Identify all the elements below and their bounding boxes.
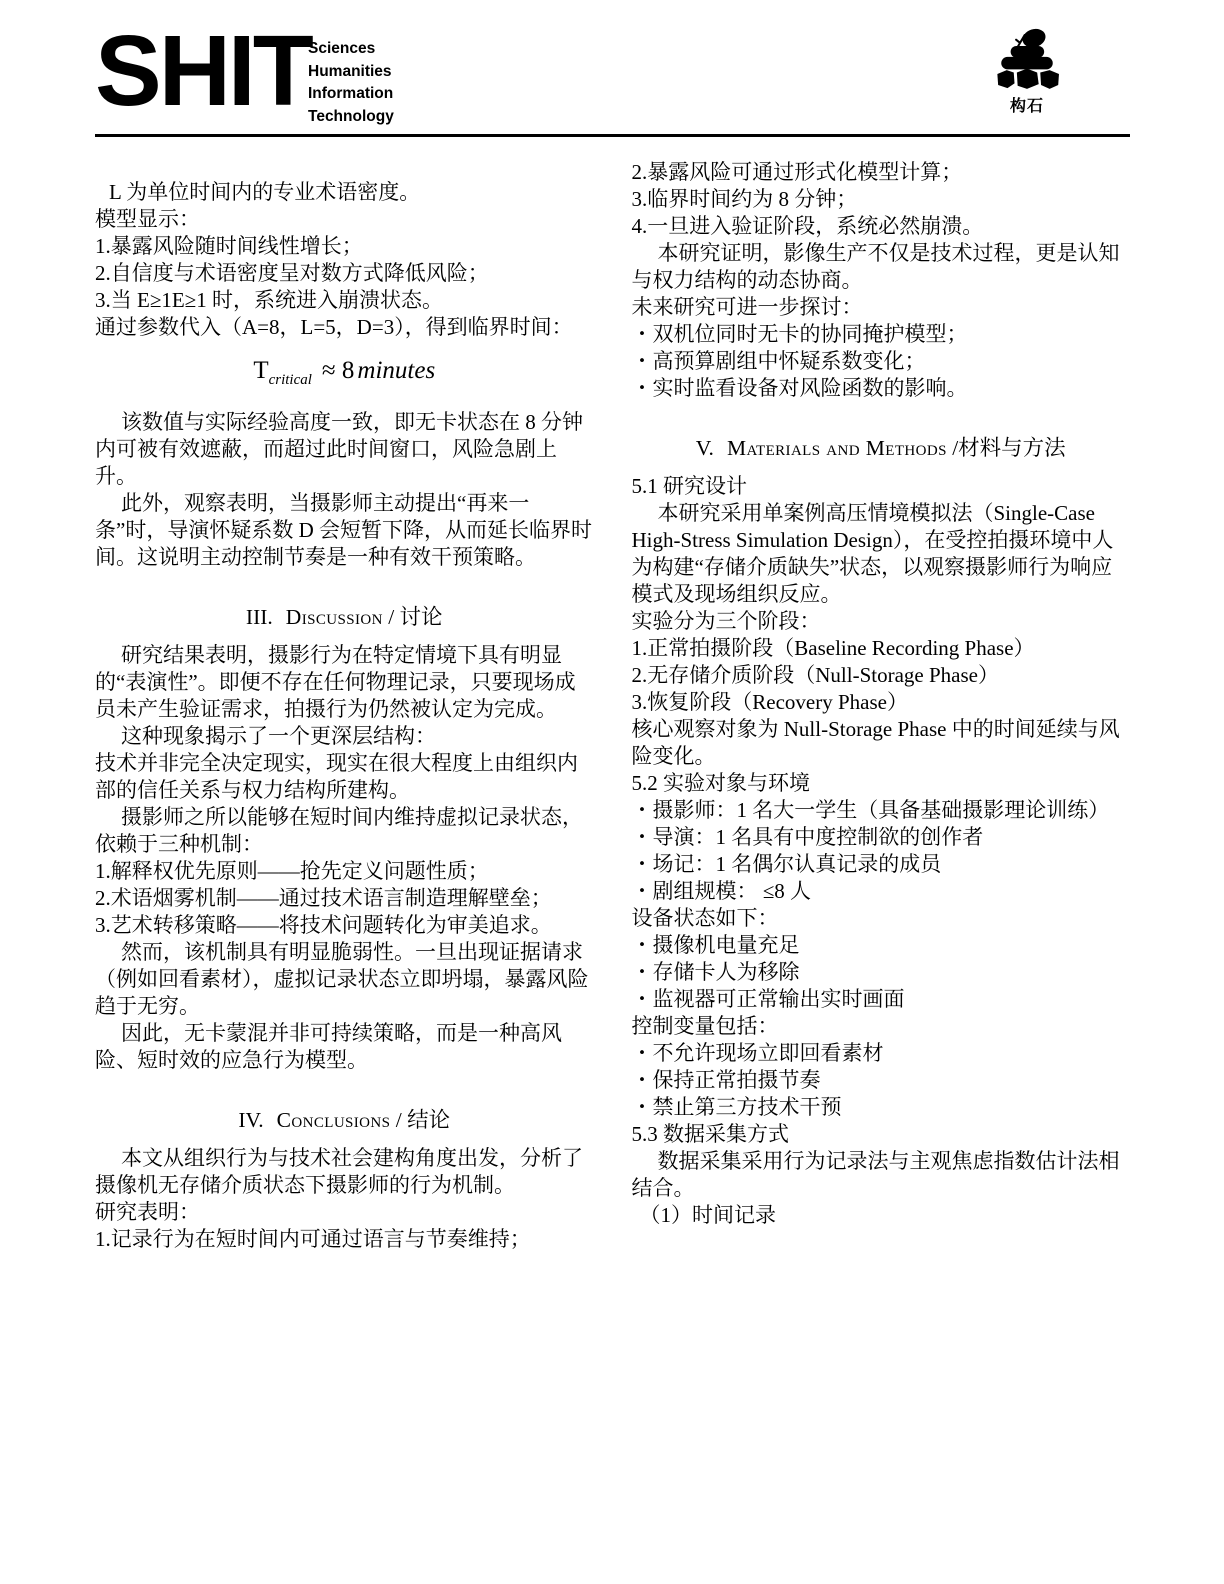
section-heading-methods: V.Materials and Methods /材料与方法 xyxy=(632,435,1131,462)
paragraph: 本研究证明，影像生产不仅是技术过程，更是认知与权力结构的动态协商。 xyxy=(632,240,1131,294)
logo-word: Sciences xyxy=(308,38,394,61)
list-item: 3.临界时间约为 8 分钟； xyxy=(632,186,1131,213)
list-item: ・保持正常拍摄节奏 xyxy=(632,1067,1131,1094)
section-number: III. xyxy=(246,605,273,629)
formula-subscript: critical xyxy=(269,372,312,388)
paragraph: L 为单位时间内的专业术语密度。 xyxy=(95,179,594,206)
formula-approx: ≈ 8 xyxy=(322,357,354,384)
section-title-en: Conclusions xyxy=(277,1108,391,1132)
list-item: 3.艺术转移策略——将技术问题转化为审美追求。 xyxy=(95,912,594,939)
critical-time-formula: Tcritical≈ 8minutes xyxy=(95,355,594,396)
list-item: 1.记录行为在短时间内可通过语言与节奏维持； xyxy=(95,1226,594,1253)
paragraph: 核心观察对象为 Null-Storage Phase 中的时间延续与风险变化。 xyxy=(632,716,1131,770)
logo-word: Humanities xyxy=(308,61,394,84)
paragraph: 设备状态如下： xyxy=(632,905,1131,932)
list-item: ・场记：1 名偶尔认真记录的成员 xyxy=(632,851,1131,878)
list-item: 2.无存储介质阶段（Null-Storage Phase） xyxy=(632,662,1131,689)
section-title-en: Discussion xyxy=(286,605,383,629)
list-item: 2.自信度与术语密度呈对数方式降低风险； xyxy=(95,260,594,287)
paragraph: 因此，无卡蒙混并非可持续策略，而是一种高风险、短时效的应急行为模型。 xyxy=(95,1020,594,1074)
left-column: L 为单位时间内的专业术语密度。 模型显示： 1.暴露风险随时间线性增长； 2.… xyxy=(95,159,594,1253)
paragraph: 模型显示： xyxy=(95,206,594,233)
paragraph: 研究表明： xyxy=(95,1199,594,1226)
paragraph: 这种现象揭示了一个更深层结构： 技术并非完全决定现实，现实在很大程度上由组织内部… xyxy=(95,723,594,804)
logo-word: Information xyxy=(308,83,394,106)
list-item: ・导演：1 名具有中度控制欲的创作者 xyxy=(632,824,1131,851)
list-item: ・监视器可正常输出实时画面 xyxy=(632,986,1131,1013)
logo-word: Technology xyxy=(308,106,394,129)
subsection-title: 5.3 数据采集方式 xyxy=(632,1121,1131,1148)
section-number: V. xyxy=(696,436,714,460)
paragraph: （1）时间记录 xyxy=(632,1202,1131,1229)
list-item: 3.当 E≥1E≥1 时，系统进入崩溃状态。 xyxy=(95,287,594,314)
list-item: ・实时监看设备对风险函数的影响。 xyxy=(632,375,1131,402)
publisher-badge: 构石 xyxy=(972,28,1082,116)
list-item: 4.一旦进入验证阶段，系统必然崩溃。 xyxy=(632,213,1131,240)
section-title-en: Materials and Methods xyxy=(727,436,947,460)
list-item: ・禁止第三方技术干预 xyxy=(632,1094,1131,1121)
section-heading-conclusions: IV.Conclusions / 结论 xyxy=(95,1107,594,1134)
formula-unit: minutes xyxy=(357,357,435,384)
publisher-badge-label: 构石 xyxy=(972,93,1082,116)
paragraph: 此外，观察表明，当摄影师主动提出“再来一条”时，导演怀疑系数 D 会短暂下降，从… xyxy=(95,490,594,571)
paragraph: 实验分为三个阶段： xyxy=(632,608,1131,635)
list-item: 1.暴露风险随时间线性增长； xyxy=(95,233,594,260)
article-body: L 为单位时间内的专业术语密度。 模型显示： 1.暴露风险随时间线性增长； 2.… xyxy=(95,159,1130,1253)
list-item: ・摄像机电量充足 xyxy=(632,932,1131,959)
subsection-title: 5.2 实验对象与环境 xyxy=(632,770,1131,797)
section-title-zh: / 讨论 xyxy=(383,605,443,629)
paragraph: 控制变量包括： xyxy=(632,1013,1131,1040)
list-item: 2.暴露风险可通过形式化模型计算； xyxy=(632,159,1131,186)
header-rule xyxy=(95,134,1130,137)
right-column: 2.暴露风险可通过形式化模型计算； 3.临界时间约为 8 分钟； 4.一旦进入验… xyxy=(632,159,1131,1253)
list-item: ・高预算剧组中怀疑系数变化； xyxy=(632,348,1131,375)
paragraph: 摄影师之所以能够在短时间内维持虚拟记录状态，依赖于三种机制： xyxy=(95,804,594,858)
paper-page: SHIT Sciences Humanities Information Tec… xyxy=(0,0,1224,1293)
list-item: 1.正常拍摄阶段（Baseline Recording Phase） xyxy=(632,635,1131,662)
list-item: ・剧组规模： ≤8 人 xyxy=(632,878,1131,905)
list-item: 2.术语烟雾机制——通过技术语言制造理解壁垒； xyxy=(95,885,594,912)
paragraph: 研究结果表明，摄影行为在特定情境下具有明显的“表演性”。即便不存在任何物理记录，… xyxy=(95,642,594,723)
journal-logo-words: Sciences Humanities Information Technolo… xyxy=(308,38,394,128)
paragraph: 数据采集采用行为记录法与主观焦虑指数估计法相结合。 xyxy=(632,1148,1131,1202)
list-item: ・存储卡人为移除 xyxy=(632,959,1131,986)
list-item: ・不允许现场立即回看素材 xyxy=(632,1040,1131,1067)
journal-header: SHIT Sciences Humanities Information Tec… xyxy=(95,26,1130,134)
section-heading-discussion: III.Discussion / 讨论 xyxy=(95,604,594,631)
list-item: 1.解释权优先原则——抢先定义问题性质； xyxy=(95,858,594,885)
journal-logo: SHIT xyxy=(95,16,311,126)
list-item: ・双机位同时无卡的协同掩护模型； xyxy=(632,321,1131,348)
paragraph: 本研究采用单案例高压情境模拟法（Single-Case High-Stress … xyxy=(632,500,1131,608)
paragraph: 未来研究可进一步探讨： xyxy=(632,294,1131,321)
list-item: 3.恢复阶段（Recovery Phase） xyxy=(632,689,1131,716)
paragraph: 该数值与实际经验高度一致，即无卡状态在 8 分钟内可被有效遮蔽，而超过此时间窗口… xyxy=(95,409,594,490)
list-item: ・摄影师：1 名大一学生（具备基础摄影理论训练） xyxy=(632,797,1131,824)
section-title-zh: /材料与方法 xyxy=(947,436,1066,460)
section-number: IV. xyxy=(238,1108,263,1132)
rock-pile-climber-icon xyxy=(988,28,1066,92)
subsection-title: 5.1 研究设计 xyxy=(632,473,1131,500)
paragraph: 然而，该机制具有明显脆弱性。一旦出现证据请求（例如回看素材），虚拟记录状态立即坍… xyxy=(95,939,594,1020)
paragraph: 通过参数代入（A=8，L=5，D=3），得到临界时间： xyxy=(95,314,594,341)
paragraph: 本文从组织行为与技术社会建构角度出发，分析了摄像机无存储介质状态下摄影师的行为机… xyxy=(95,1145,594,1199)
formula-lhs: T xyxy=(253,357,268,384)
section-title-zh: / 结论 xyxy=(390,1108,450,1132)
